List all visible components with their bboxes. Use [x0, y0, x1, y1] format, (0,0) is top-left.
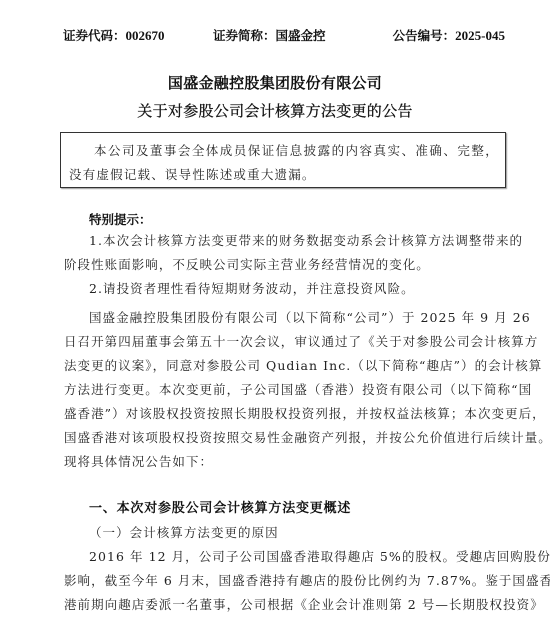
security-code-value: 002670 [126, 28, 165, 43]
board-assurance-text: 本公司及董事会全体成员保证信息披露的内容真实、准确、完整，没有虚假记载、误导性陈… [69, 139, 499, 187]
section-1-body: （一）会计核算方法变更的原因 2016 年 12 月，公司子公司国盛香港取得趣店… [64, 521, 506, 617]
security-code-label: 证券代码： [63, 28, 126, 43]
announcement-number: 公告编号：2025-045 [393, 27, 505, 45]
company-title: 国盛金融控股集团股份有限公司 [0, 73, 550, 93]
announcement-number-label: 公告编号： [393, 28, 456, 43]
subsection-1-line: 港前期向趣店委派一名董事，公司根据《企业会计准则第 2 号—长期股权投资》 [64, 593, 506, 617]
subsection-1-line: 2016 年 12 月，公司子公司国盛香港取得趣店 5%的股权。受趣店回购股份 [64, 545, 506, 569]
intro-line: 日召开第四届董事会第五十一次会议，审议通过了《关于对参股公司会计核算方 [64, 330, 506, 354]
announcement-number-value: 2025-045 [455, 28, 505, 43]
assurance-line-2: 记载、误导性陈述或重大遗漏。 [124, 167, 316, 182]
document-header: 证券代码：002670 证券简称：国盛金控 公告编号：2025-045 [63, 27, 505, 45]
section-1-heading: 一、本次对参股公司会计核算方法变更概述 [89, 497, 351, 521]
special-tips-list: 1.本次会计核算方法变更带来的财务数据变动系会计核算方法调整带来的 阶段性账面影… [64, 229, 506, 301]
security-code: 证券代码：002670 [63, 27, 165, 45]
tip-1-line-1: 1.本次会计核算方法变更带来的财务数据变动系会计核算方法调整带来的 [64, 229, 506, 253]
intro-line: 法变更的议案》，同意对参股公司 Qudian Inc.（以下简称“趣店”）的会计… [64, 354, 506, 378]
announcement-title: 关于对参股公司会计核算方法变更的公告 [0, 101, 550, 121]
subsection-1-line: 影响，截至今年 6 月末，国盛香港持有趣店的股份比例约为 7.87%。鉴于国盛香 [64, 569, 506, 593]
special-tips-heading: 特别提示： [89, 209, 152, 231]
intro-line: 国盛金融控股集团股份有限公司（以下简称“公司”）于 2025 年 9 月 26 [64, 306, 506, 330]
intro-paragraph: 国盛金融控股集团股份有限公司（以下简称“公司”）于 2025 年 9 月 26 … [64, 306, 506, 474]
intro-line: 国盛香港对该项股权投资按照交易性金融资产列报，并按公允价值进行后续计量。 [64, 426, 506, 450]
intro-line: 现将具体情况公告如下： [64, 450, 506, 474]
tip-2-line-1: 2.请投资者理性看待短期财务波动，并注意投资风险。 [64, 277, 506, 301]
intro-line: 方法进行变更。本次变更前，子公司国盛（香港）投资有限公司（以下简称“国 [64, 378, 506, 402]
intro-line: 盛香港”）对该股权投资按照长期股权投资列报，并按权益法核算；本次变更后， [64, 402, 506, 426]
security-abbr-label: 证券简称： [213, 28, 276, 43]
board-assurance-box: 本公司及董事会全体成员保证信息披露的内容真实、准确、完整，没有虚假记载、误导性陈… [60, 132, 506, 188]
security-abbr-value: 国盛金控 [276, 28, 326, 43]
subsection-1-heading: （一）会计核算方法变更的原因 [64, 521, 506, 545]
security-abbr: 证券简称：国盛金控 [213, 27, 326, 45]
tip-1-line-2: 阶段性账面影响，不反映公司实际主营业务经营情况的变化。 [64, 253, 506, 277]
